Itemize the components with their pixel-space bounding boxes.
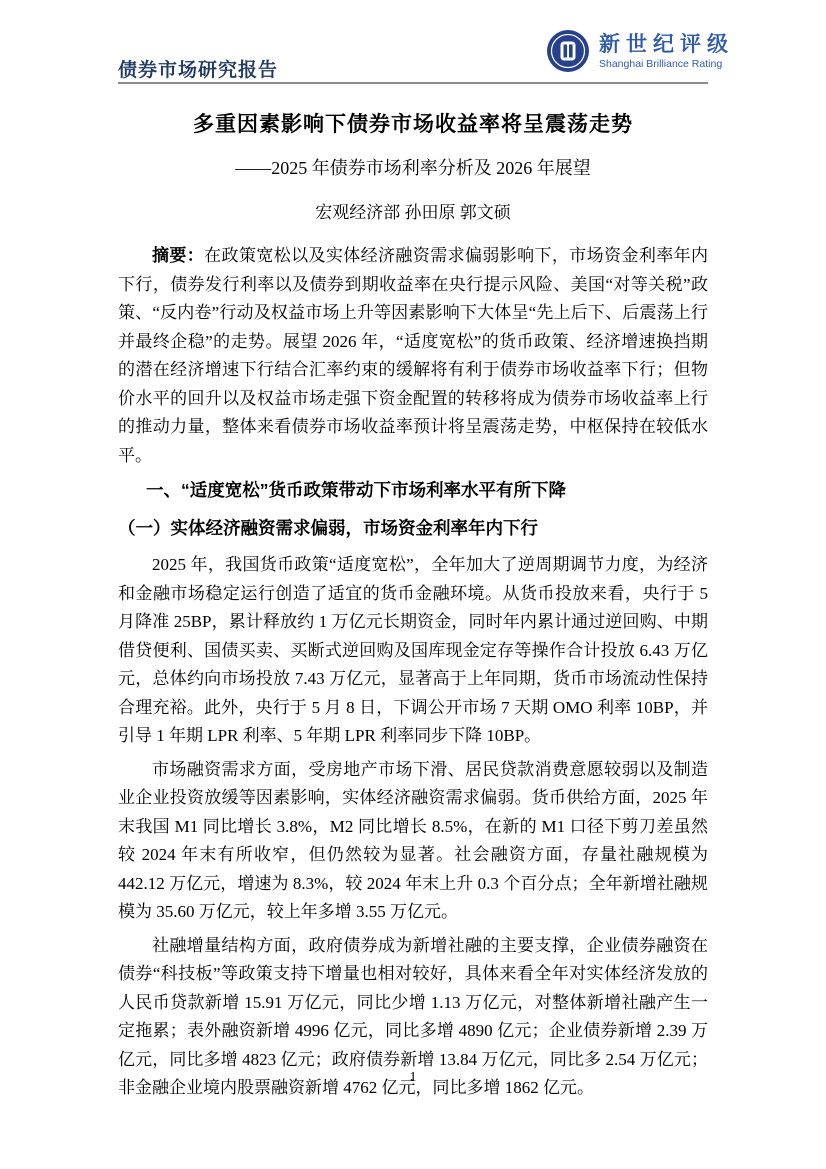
abstract-text: 在政策宽松以及实体经济融资需求偏弱影响下，市场资金利率年内下行，债券发行利率以及… xyxy=(118,246,708,465)
report-type-label: 债券市场研究报告 xyxy=(118,55,278,82)
abstract-paragraph: 摘要：在政策宽松以及实体经济融资需求偏弱影响下，市场资金利率年内下行，债券发行利… xyxy=(118,242,708,470)
abstract-label: 摘要： xyxy=(152,246,204,265)
brand-name-en: Shanghai Brilliance Rating xyxy=(599,58,734,70)
section-1-1-heading: （一）实体经济融资需求偏弱，市场资金利率年内下行 xyxy=(118,515,708,541)
article-subtitle: ——2025 年债券市场利率分析及 2026 年展望 xyxy=(118,156,708,181)
article-authors: 宏观经济部 孙田原 郭文硕 xyxy=(118,201,708,225)
brand-name-cn: 新世纪评级 xyxy=(599,32,734,56)
article-body: 多重因素影响下债券市场收益率将呈震荡走势 ——2025 年债券市场利率分析及 2… xyxy=(118,98,708,1103)
article-title: 多重因素影响下债券市场收益率将呈震荡走势 xyxy=(118,110,708,140)
page-number: 1 xyxy=(0,1070,826,1086)
brand-seal-icon xyxy=(546,29,590,73)
brand-text: 新世纪评级 Shanghai Brilliance Rating xyxy=(599,32,734,70)
body-paragraph-2: 市场融资需求方面，受房地产市场下滑、居民贷款消费意愿较弱以及制造业企业投资放缓等… xyxy=(118,756,708,927)
document-page: 债券市场研究报告 新世纪评级 Shanghai Brilliance Ratin… xyxy=(0,0,826,1169)
body-paragraph-1: 2025 年，我国货币政策“适度宽松”，全年加大了逆周期调节力度，为经济和金融市… xyxy=(118,551,708,751)
brand-logo: 新世纪评级 Shanghai Brilliance Rating xyxy=(546,29,734,73)
section-1-heading: 一、“适度宽松”货币政策带动下市场利率水平有所下降 xyxy=(146,477,708,503)
header-divider xyxy=(118,82,708,84)
